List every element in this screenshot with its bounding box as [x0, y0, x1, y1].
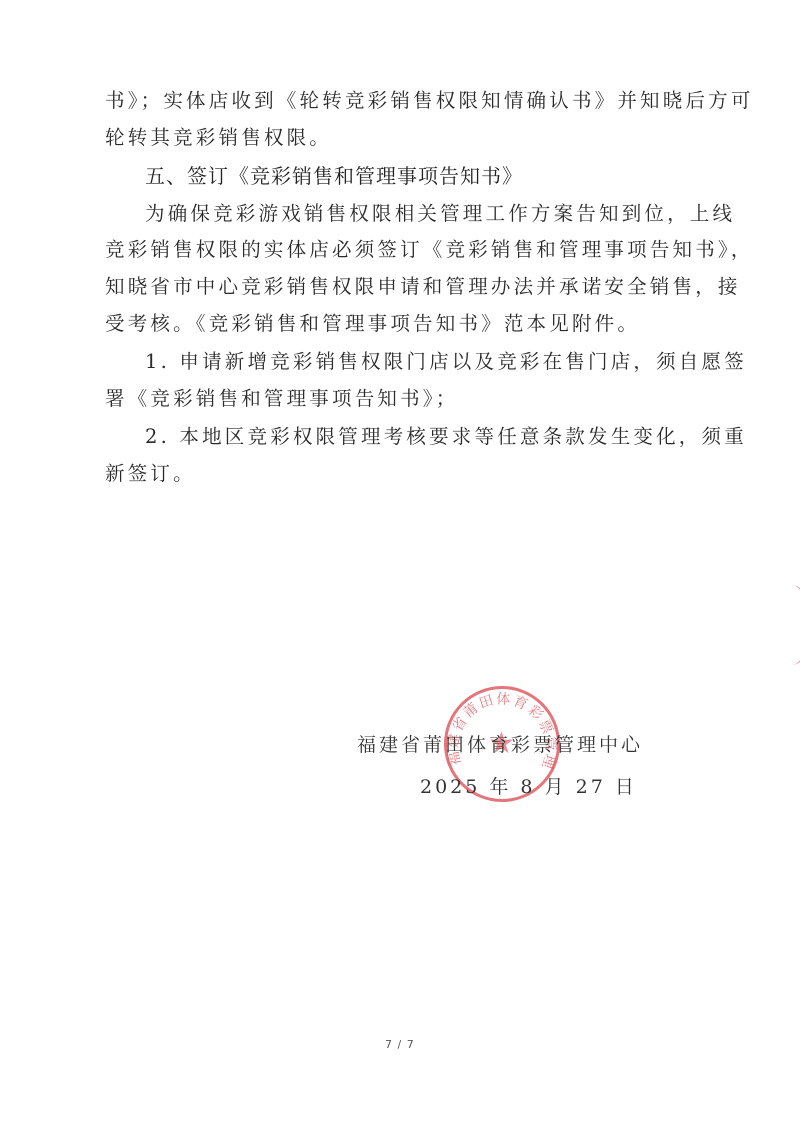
signature-organization: 福建省莆田体育彩票管理中心 [357, 733, 643, 757]
signature-date: 2025 年 8 月 27 日 [420, 775, 637, 799]
list-item-1-line-2: 署《竞彩销售和管理事项告知书》； [105, 387, 720, 411]
paragraph-line-1: 为确保竞彩游戏销售权限相关管理工作方案告知到位，上线 [145, 202, 720, 226]
list-item-2-line-1: 2. 本地区竞彩权限管理考核要求等任意条款发生变化，须重 [145, 425, 720, 449]
section-heading: 五、签订《竞彩销售和管理事项告知书》 [145, 164, 523, 188]
body-line-2: 轮转其竞彩销售权限。 [105, 126, 720, 150]
seal-edge-mark [770, 585, 800, 665]
list-item-1-line-1: 1. 申请新增竞彩销售权限门店以及竞彩在售门店，须自愿签 [145, 350, 720, 374]
page-number: 7 / 7 [385, 1038, 415, 1051]
document-page: 书》；实体店收到《轮转竞彩销售权限知情确认书》并知晓后方可 轮转其竞彩销售权限。… [0, 0, 800, 1141]
paragraph-line-3: 知晓省市中心竞彩销售权限申请和管理办法并承诺安全销售，接 [105, 275, 720, 299]
paragraph-line-2: 竞彩销售权限的实体店必须签订《竞彩销售和管理事项告知书》， [105, 238, 720, 262]
body-line-1: 书》；实体店收到《轮转竞彩销售权限知情确认书》并知晓后方可 [105, 89, 720, 113]
paragraph-line-4: 受考核。《竞彩销售和管理事项告知书》范本见附件。 [105, 312, 720, 336]
list-item-2-line-2: 新签订。 [105, 462, 720, 486]
